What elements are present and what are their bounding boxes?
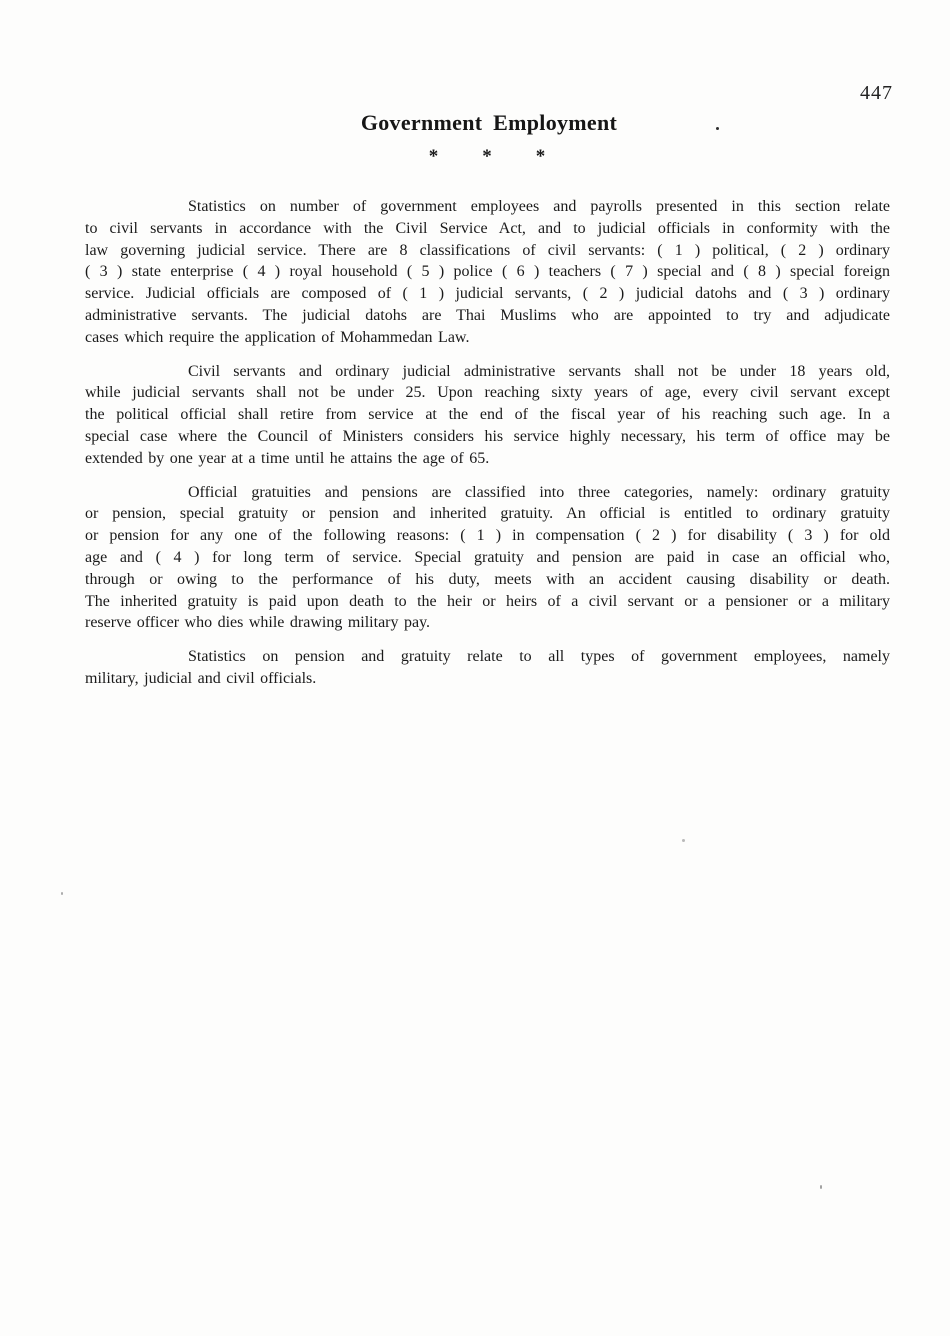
text-line: special case where the Council of Minist…	[85, 426, 890, 448]
document-body: Statistics on number of government emplo…	[85, 196, 890, 690]
text-line: while judicial servants shall not be und…	[85, 382, 890, 404]
paragraph: Official gratuities and pensions are cla…	[85, 482, 890, 635]
text-line: The inherited gratuity is paid upon deat…	[85, 591, 890, 613]
text-line: through or owing to the performance of h…	[85, 569, 890, 591]
text-line: Official gratuities and pensions are cla…	[85, 482, 890, 504]
text-line: the political official shall retire from…	[85, 404, 890, 426]
text-line: military, judicial and civil officials.	[85, 668, 890, 690]
paragraph: Statistics on pension and gratuity relat…	[85, 646, 890, 690]
text-line: Statistics on pension and gratuity relat…	[85, 646, 890, 668]
text-line: cases which require the application of M…	[85, 327, 890, 349]
scan-speck	[61, 892, 63, 895]
text-line: Civil servants and ordinary judicial adm…	[85, 361, 890, 383]
scan-speck	[820, 1185, 822, 1189]
text-line: administrative servants. The judicial da…	[85, 305, 890, 327]
paragraph: Civil servants and ordinary judicial adm…	[85, 361, 890, 470]
text-line: reserve officer who dies while drawing m…	[85, 612, 890, 634]
text-line: Statistics on number of government emplo…	[85, 196, 890, 218]
page-number: 447	[860, 82, 893, 105]
scan-speck	[682, 839, 685, 842]
scan-dot	[716, 127, 719, 130]
page-title: Government Employment	[14, 110, 950, 136]
text-line: or pension, special gratuity or pension …	[85, 503, 890, 525]
asterisk-separator: * * *	[12, 146, 950, 168]
text-line: or pension for any one of the following …	[85, 525, 890, 547]
paragraph: Statistics on number of government emplo…	[85, 196, 890, 349]
scanned-document-page: 447 Government Employment * * * Statisti…	[0, 0, 950, 1336]
text-line: service. Judicial officials are composed…	[85, 283, 890, 305]
asterisk-mark: *	[536, 146, 546, 168]
text-line: age and ( 4 ) for long term of service. …	[85, 547, 890, 569]
asterisk-mark: *	[429, 146, 439, 168]
text-line: ( 3 ) state enterprise ( 4 ) royal house…	[85, 261, 890, 283]
text-line: extended by one year at a time until he …	[85, 448, 890, 470]
text-line: to civil servants in accordance with the…	[85, 218, 890, 240]
asterisk-mark: *	[482, 146, 492, 168]
text-line: law governing judicial service. There ar…	[85, 240, 890, 262]
